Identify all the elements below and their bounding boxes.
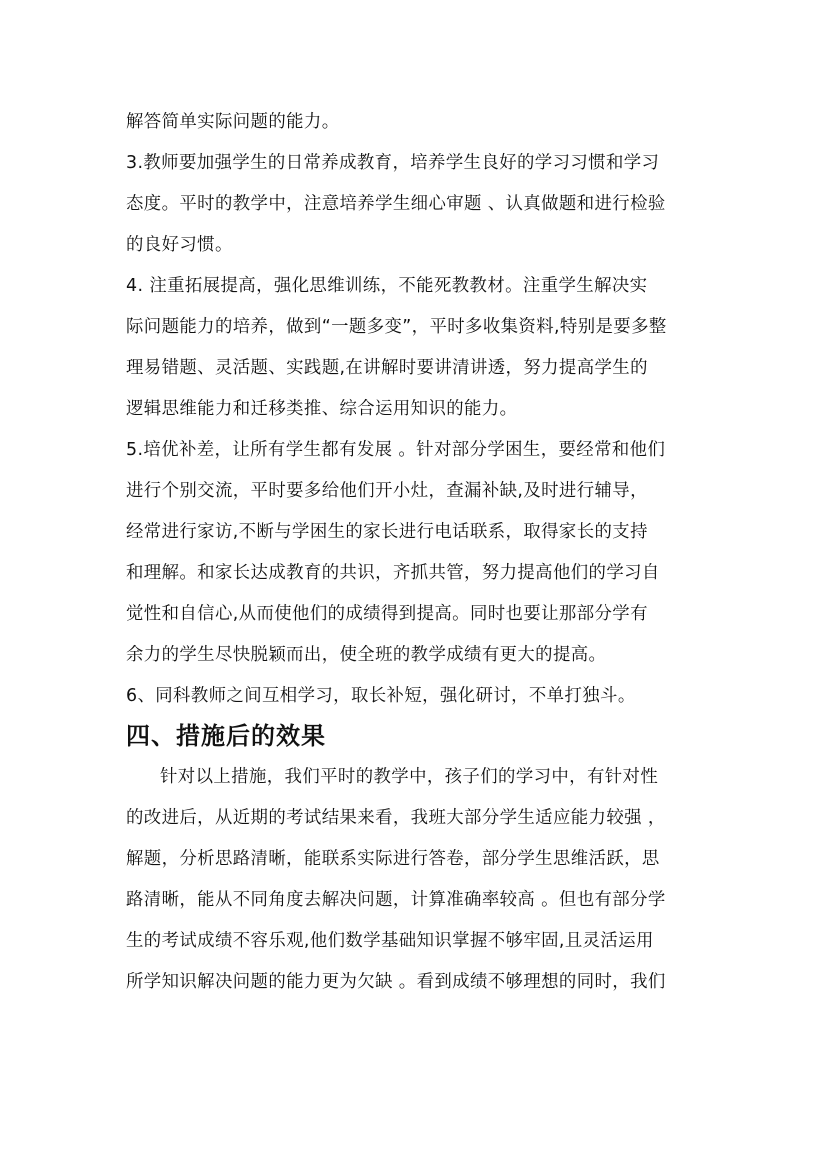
paragraph-first-line: 针对以上措施，我们平时的教学中，孩子们的学习中，有针对性 <box>126 767 706 787</box>
section-heading: 四、措施后的效果 <box>126 721 706 751</box>
document-page: 解答简单实际问题的能力。 3.教师要加强学生的日常养成教育，培养学生良好的学习习… <box>126 112 706 1013</box>
text-line: 经常进行家访,不断与学困生的家长进行电话联系，取得家长的支持 <box>126 522 706 542</box>
list-item-4: 4. 注重拓展提高，强化思维训练，不能死教教材。注重学生解决实 <box>126 276 706 296</box>
list-item-5: 5.培优补差，让所有学生都有发展 。针对部分学困生，要经常和他们 <box>126 440 706 460</box>
text-line: 理易错题、灵活题、实践题,在讲解时要讲清讲透，努力提高学生的 <box>126 358 706 378</box>
list-item-6: 6、同科教师之间互相学习，取长补短，强化研讨，不单打独斗。 <box>126 686 706 706</box>
text-line: 余力的学生尽快脱颖而出，使全班的教学成绩有更大的提高。 <box>126 645 706 665</box>
list-item-3: 3.教师要加强学生的日常养成教育，培养学生良好的学习习惯和学习 <box>126 153 706 173</box>
text-line: 觉性和自信心,从而使他们的成绩得到提高。同时也要让那部分学有 <box>126 604 706 624</box>
text-line: 态度。平时的教学中，注意培养学生细心审题 、认真做题和进行检验 <box>126 194 706 214</box>
text-line: 的改进后，从近期的考试结果来看，我班大部分学生适应能力较强 ， <box>126 808 706 828</box>
text-line: 所学知识解决问题的能力更为欠缺 。看到成绩不够理想的同时，我们 <box>126 972 706 992</box>
text-line: 解答简单实际问题的能力。 <box>126 112 706 132</box>
text-line: 际问题能力的培养，做到“一题多变”，平时多收集资料,特别是要多整 <box>126 317 706 337</box>
text-line: 生的考试成绩不容乐观,他们数学基础知识掌握不够牢固,且灵活运用 <box>126 931 706 951</box>
text-line: 和理解。和家长达成教育的共识，齐抓共管，努力提高他们的学习自 <box>126 563 706 583</box>
text-line: 解题，分析思路清晰，能联系实际进行答卷，部分学生思维活跃，思 <box>126 849 706 869</box>
text-line: 进行个别交流，平时要多给他们开小灶，查漏补缺,及时进行辅导， <box>126 481 706 501</box>
text-line: 的良好习惯。 <box>126 235 706 255</box>
text-line: 逻辑思维能力和迁移类推、综合运用知识的能力。 <box>126 399 706 419</box>
text-line: 路清晰，能从不同角度去解决问题，计算准确率较高 。但也有部分学 <box>126 890 706 910</box>
